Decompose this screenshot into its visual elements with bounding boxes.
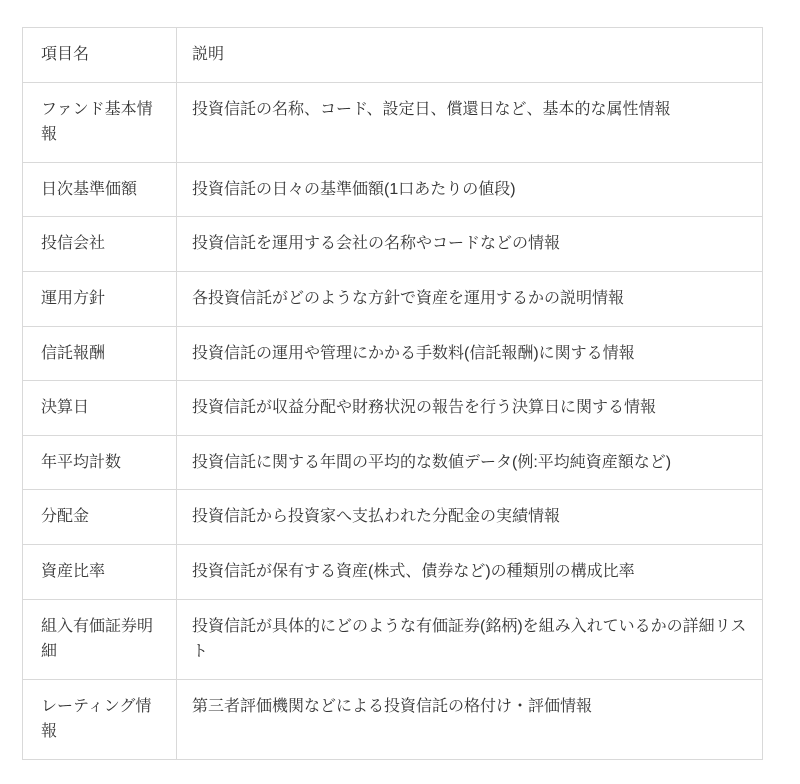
table-row: 運用方針 各投資信託がどのような方針で資産を運用するかの説明情報 xyxy=(23,271,763,326)
item-name-cell: 日次基準価額 xyxy=(23,162,177,217)
table-row: 投信会社 投資信託を運用する会社の名称やコードなどの情報 xyxy=(23,217,763,272)
item-name-cell: レーティング情報 xyxy=(23,679,177,759)
item-name-cell: 年平均計数 xyxy=(23,435,177,490)
table-row: 組入有価証券明細 投資信託が具体的にどのような有価証券(銘柄)を組み入れているか… xyxy=(23,599,763,679)
description-cell: 投資信託の日々の基準価額(1口あたりの値段) xyxy=(177,162,763,217)
fund-data-dictionary-container: 項目名 説明 ファンド基本情報 投資信託の名称、コード、設定日、償還日など、基本… xyxy=(0,0,800,760)
table-row: 決算日 投資信託が収益分配や財務状況の報告を行う決算日に関する情報 xyxy=(23,381,763,436)
item-name-cell: 決算日 xyxy=(23,381,177,436)
table-row: 資産比率 投資信託が保有する資産(株式、債券など)の種類別の構成比率 xyxy=(23,544,763,599)
item-name-cell: 分配金 xyxy=(23,490,177,545)
table-row: 年平均計数 投資信託に関する年間の平均的な数値データ(例:平均純資産額など) xyxy=(23,435,763,490)
description-cell: 投資信託の運用や管理にかかる手数料(信託報酬)に関する情報 xyxy=(177,326,763,381)
table-row: 日次基準価額 投資信託の日々の基準価額(1口あたりの値段) xyxy=(23,162,763,217)
table-header-row: 項目名 説明 xyxy=(23,28,763,83)
table-row: ファンド基本情報 投資信託の名称、コード、設定日、償還日など、基本的な属性情報 xyxy=(23,82,763,162)
column-header-item-name: 項目名 xyxy=(23,28,177,83)
description-cell: 投資信託が収益分配や財務状況の報告を行う決算日に関する情報 xyxy=(177,381,763,436)
description-cell: 投資信託から投資家へ支払われた分配金の実績情報 xyxy=(177,490,763,545)
description-cell: 投資信託に関する年間の平均的な数値データ(例:平均純資産額など) xyxy=(177,435,763,490)
description-cell: 投資信託の名称、コード、設定日、償還日など、基本的な属性情報 xyxy=(177,82,763,162)
item-name-cell: 資産比率 xyxy=(23,544,177,599)
description-cell: 各投資信託がどのような方針で資産を運用するかの説明情報 xyxy=(177,271,763,326)
fund-data-dictionary-table: 項目名 説明 ファンド基本情報 投資信託の名称、コード、設定日、償還日など、基本… xyxy=(22,27,763,760)
item-name-cell: 信託報酬 xyxy=(23,326,177,381)
table-row: 信託報酬 投資信託の運用や管理にかかる手数料(信託報酬)に関する情報 xyxy=(23,326,763,381)
item-name-cell: ファンド基本情報 xyxy=(23,82,177,162)
description-cell: 投資信託が保有する資産(株式、債券など)の種類別の構成比率 xyxy=(177,544,763,599)
description-cell: 投資信託が具体的にどのような有価証券(銘柄)を組み入れているかの詳細リスト xyxy=(177,599,763,679)
item-name-cell: 組入有価証券明細 xyxy=(23,599,177,679)
description-cell: 第三者評価機関などによる投資信託の格付け・評価情報 xyxy=(177,679,763,759)
item-name-cell: 投信会社 xyxy=(23,217,177,272)
table-row: レーティング情報 第三者評価機関などによる投資信託の格付け・評価情報 xyxy=(23,679,763,759)
description-cell: 投資信託を運用する会社の名称やコードなどの情報 xyxy=(177,217,763,272)
table-row: 分配金 投資信託から投資家へ支払われた分配金の実績情報 xyxy=(23,490,763,545)
column-header-description: 説明 xyxy=(177,28,763,83)
item-name-cell: 運用方針 xyxy=(23,271,177,326)
